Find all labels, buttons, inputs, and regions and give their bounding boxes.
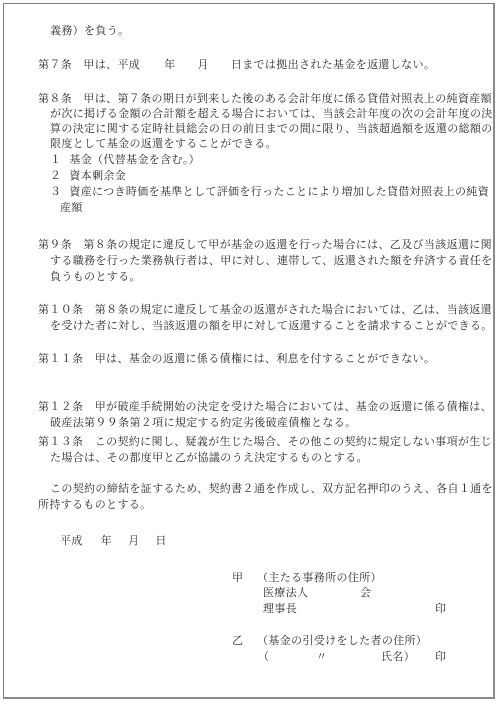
- article-7: 第７条 甲は、平成年月日までは拠出された基金を返還しない。: [38, 57, 435, 72]
- party-a-seal: 印: [435, 601, 446, 616]
- date-month: 月: [128, 534, 139, 547]
- party-a-org-suffix: 会: [360, 585, 371, 600]
- article-12-line: 破産法第９９条第２項に規定する約定劣後破産債権となる。: [50, 415, 356, 430]
- continuation-line: 義務）を負う。: [50, 23, 129, 38]
- article-7-month: 月: [198, 58, 209, 71]
- article-13-line: た場合は、その都度甲と乙が協議のうえ決定するものとする。: [50, 450, 368, 465]
- party-a-title: 理事長: [263, 601, 297, 616]
- article-9-line: 負うものとする。: [50, 269, 141, 284]
- article-8-item-1: １基金（代替基金を含む。）: [50, 152, 200, 167]
- article-9-line: 第９条 第８条の規定に違反して甲が基金の返還を行った場合には、乙及び当該返還に関: [38, 237, 492, 252]
- article-8-line: 算の決定に関する定時社員総会の日の前日までの間に限り、当該超過額を返還の総額の: [50, 121, 493, 136]
- date-line: 平成年月日: [60, 533, 167, 548]
- party-b-address: （基金の引受けをした者の住所）: [257, 633, 427, 648]
- item-text: 資本剰余金: [69, 169, 126, 182]
- article-7-prefix: 第７条 甲は、平成: [38, 58, 140, 71]
- article-13-line: 第１３条 この契約に関し、疑義が生じた場合、その他この契約に規定しない事項が生じ: [38, 434, 492, 449]
- party-b-name-open: （: [258, 649, 269, 664]
- date-day: 日: [155, 534, 166, 547]
- article-8-item-3-cont: 産額: [60, 200, 83, 215]
- party-b-seal: 印: [435, 649, 446, 664]
- article-11-line: 第１１条 甲は、基金の返還に係る債権には、利息を付することができない。: [38, 351, 435, 366]
- item-text: 資産につき時価を基準として評価を行ったことにより増加した貸借対照表上の純資: [69, 185, 489, 198]
- party-b-label: 乙: [232, 633, 243, 648]
- article-12-line: 第１２条 甲が破産手続開始の決定を受けた場合においては、基金の返還に係る債権は、: [38, 399, 492, 414]
- closing-line: 所持するものとする。: [38, 497, 152, 512]
- article-10-line: を受けた者に対し、当該返還の額を甲に対して返還することを請求することができる。: [50, 318, 493, 333]
- party-b-ditto: 〃: [316, 649, 327, 664]
- article-10-line: 第１０条 第８条の規定に違反して基金の返還がされた場合においては、乙は、当該返還: [38, 302, 492, 317]
- party-a-org-prefix: 医療法人: [263, 585, 308, 600]
- article-8-line: が次に掲げる金額の合計額を超える場合においては、当該会計年度の次の会計年度の決: [50, 106, 493, 121]
- article-7-year: 年: [164, 58, 175, 71]
- article-8-line: 限度として基金の返還をすることができる。: [50, 136, 277, 151]
- article-8-item-3: ３資産につき時価を基準として評価を行ったことにより増加した貸借対照表上の純資: [50, 184, 489, 199]
- item-text: 基金（代替基金を含む。）: [69, 153, 200, 166]
- article-7-rest: 日までは拠出された基金を返還しない。: [231, 58, 435, 71]
- item-number: ３: [50, 185, 61, 198]
- item-number: ２: [50, 169, 61, 182]
- closing-line: この契約の締結を証するため、契約書２通を作成し、双方記名押印のうえ、各自１通を: [50, 481, 493, 496]
- date-year: 年: [101, 534, 112, 547]
- party-b-name-close: 氏名）: [381, 649, 415, 664]
- article-8-line: 第８条 甲は、第７条の期日が到来した後のある会計年度に係る貸借対照表上の純資産額: [38, 91, 492, 106]
- party-a-address: （主たる事務所の住所）: [257, 570, 382, 585]
- party-a-label: 甲: [232, 570, 243, 585]
- article-8-item-2: ２資本剰余金: [50, 168, 126, 183]
- article-9-line: する職務を行った業務執行者は、甲に対し、連帯して、返還された額を弁済する責任を: [50, 253, 492, 268]
- item-number: １: [50, 153, 61, 166]
- date-era: 平成: [60, 534, 83, 547]
